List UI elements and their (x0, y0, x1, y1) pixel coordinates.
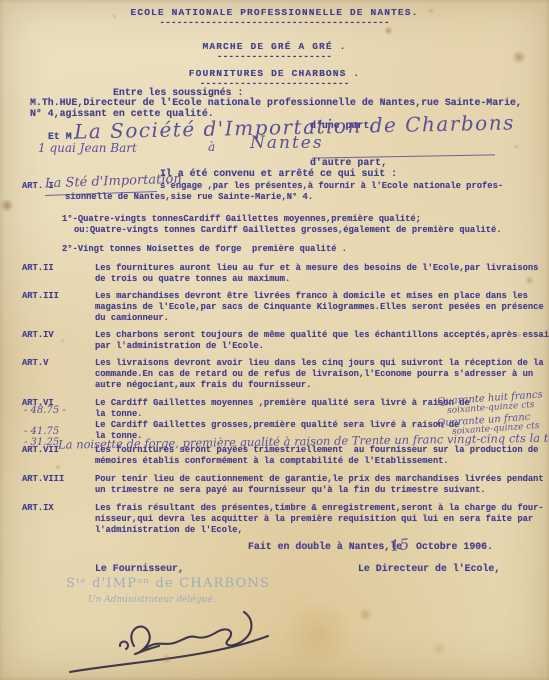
article-2-label: ART.II (22, 263, 54, 274)
article-3-text: Les marchandises devront être livrées fr… (95, 291, 544, 324)
article-9-text: Les frais résultant des présentes,timbre… (95, 503, 544, 536)
article-1-text-line2: sionnelle de Nantes,sise rue Sainte-Mari… (65, 192, 313, 203)
handwritten-a: à (208, 140, 215, 154)
signature-loop-stroke (131, 627, 159, 654)
article-7-text: Les fournitures seront payées trimestrie… (95, 445, 538, 467)
article-5-label: ART.V (22, 358, 48, 369)
article-6-tonne1: la tonne. (95, 409, 143, 420)
article-8-label: ART.VIII (22, 474, 64, 485)
supplier-signature-label: Le Fournisseur, (95, 564, 184, 575)
agreement-lead-line: Il a été convenu et arrêté ce qui suit : (160, 169, 397, 180)
date-month-year: Octobre 1906. (416, 542, 493, 553)
document-page: ECOLE NATIONALE PROFESSIONNELLE DE NANTE… (0, 0, 549, 680)
handwritten-address: 1 quai Jean Bart (38, 141, 137, 155)
signature-underline-stroke (70, 636, 268, 672)
article-1-item1: 1°-Quatre-vingts tonnesCardiff Gaillette… (62, 214, 421, 225)
company-stamp-line1: Sᵗᵉ d'IMPᵒⁿ de CHARBONS (66, 576, 270, 591)
supplier-signature-flourish (62, 600, 302, 678)
handwritten-city: Nantes (250, 133, 324, 153)
title-rule: ---------------------------------------- (0, 17, 549, 28)
paper-stain (60, 338, 65, 343)
article-7-label: ART.VII (22, 445, 59, 456)
article-3-label: ART.III (22, 291, 59, 302)
paper-stain (430, 642, 448, 655)
paper-stain (55, 464, 61, 470)
autre-part-label: d'autre part, (310, 158, 387, 169)
article-9-label: ART.IX (22, 503, 54, 514)
article-6-margin-price1: - 48.75 - (24, 405, 66, 416)
article-1-item1-alt: ou:Quatre-vingts tonnes Cardiff Gaillett… (74, 225, 502, 236)
handwritten-date: 15 (389, 535, 410, 555)
signature-name-stroke (146, 612, 251, 648)
paper-stain (358, 608, 373, 621)
article-8-text: Pour tenir lieu de cautionnement de gara… (95, 474, 544, 496)
article-5-text: Les livraisons devront avoir lieu dans l… (95, 358, 544, 391)
article-6-line1: Le Cardiff Gaillettes moyennes ,première… (95, 398, 470, 409)
article-2-text: Les fournitures auront lieu au fur et à … (95, 263, 538, 285)
made-in-duplicate-line: Fait en double à Nantes,le (248, 542, 402, 553)
article-4-text: Les charbons seront toujours de même qua… (95, 330, 549, 352)
paper-stain (514, 144, 519, 149)
article-6-line2: Le Cardiff Gaillettes grosses,première q… (95, 420, 459, 431)
article-1-item2: 2°-Vingt tonnes Noisettes de forge premi… (62, 244, 347, 255)
signature-initial-stroke (120, 642, 128, 649)
subtitle-rule: -------------------- (0, 51, 549, 62)
article-1-text-line1: s'engage ,par les présentes,à fournir à … (160, 181, 503, 192)
article-6-margin-price2: - 41.75 (24, 426, 59, 437)
doc-type-rule: -------------------------- (0, 78, 549, 89)
director-signature-label: Le Directeur de l'Ecole, (358, 564, 500, 575)
article-4-label: ART.IV (22, 330, 54, 341)
paper-stain (1, 198, 13, 213)
